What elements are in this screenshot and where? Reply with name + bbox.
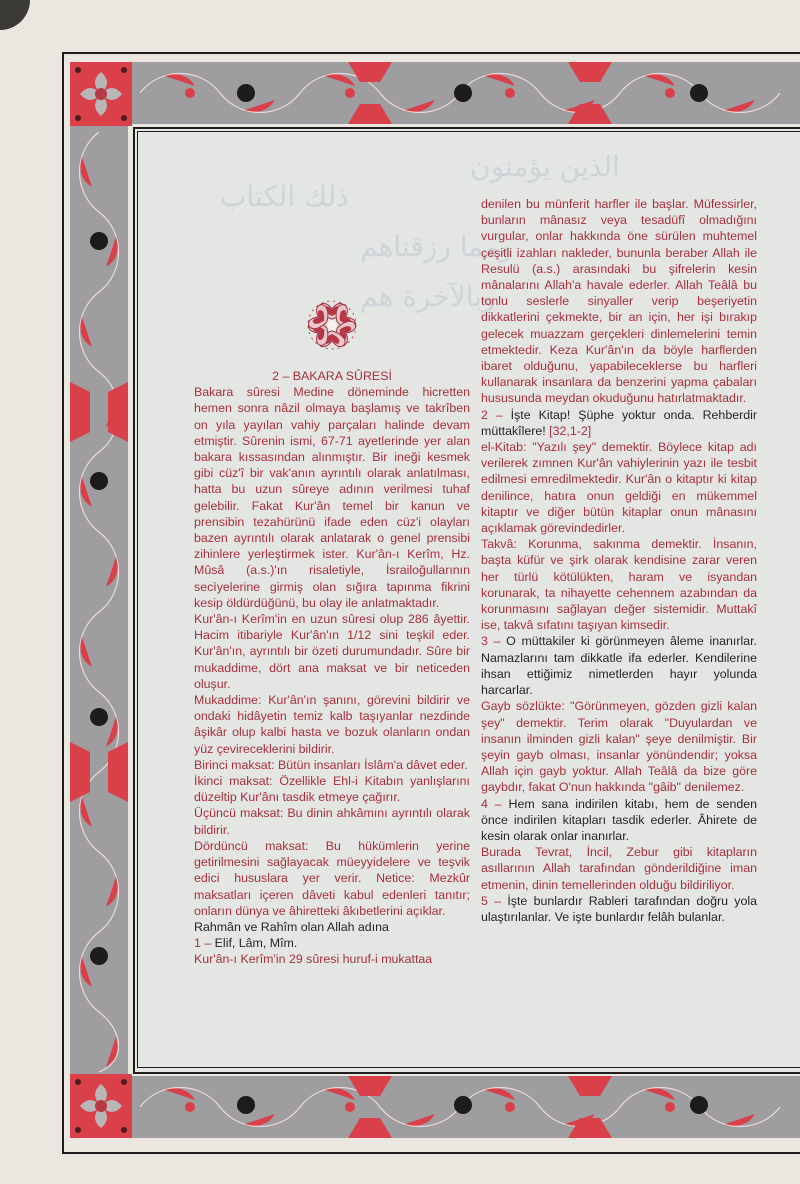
- commentary-paragraph: denilen bu münferit harfler ile başlar. …: [481, 196, 757, 407]
- commentary-paragraph: Birinci maksat: Bütün insanları İslâm'a …: [194, 757, 470, 773]
- rosette-dot-icon: [690, 1096, 708, 1114]
- commentary-paragraph: Gayb sözlükte: "Görünmeyen, gözden gizli…: [481, 698, 757, 795]
- rosette-dot-icon: [690, 84, 708, 102]
- commentary-paragraph: Kur'ân-ı Kerîm'in 29 sûresi huruf-i muka…: [194, 951, 470, 967]
- commentary-paragraph: Dördüncü maksat: Bu hükümlerin yerine ge…: [194, 838, 470, 919]
- verse-2: 2 – İşte Kitap! Şüphe yoktur onda. Rehbe…: [481, 407, 757, 439]
- show-through-script: ﻭﺑﺎﻵﺧﺮﺓ ﻫﻢ: [360, 280, 496, 313]
- page-corner-shadow: [0, 0, 30, 30]
- right-text-column: denilen bu münferit harfler ile başlar. …: [481, 196, 757, 925]
- verse-text: O müttakiler ki görünmeyen âleme inanırl…: [481, 634, 757, 697]
- rosette-dot-icon: [90, 708, 108, 726]
- commentary-paragraph: Mukaddime: Kur'ân'ın şanını, görevini bi…: [194, 692, 470, 757]
- rosette-dot-icon: [454, 1096, 472, 1114]
- border-corner-bottom-left: [70, 1074, 132, 1138]
- rosette-dot-icon: [237, 1096, 255, 1114]
- verse-text: İşte bunlardır Rableri tarafından doğru …: [481, 894, 757, 924]
- border-corner-top-left: [70, 62, 132, 126]
- verse-reference: [32,1-2]: [546, 424, 591, 438]
- verse-1: 1 – Elif, Lâm, Mîm.: [194, 935, 470, 951]
- verse-text: Rahmân ve Rahîm olan Allah adına: [194, 920, 389, 934]
- commentary-paragraph: Bakara sûresi Medine döneminde hicretten…: [194, 384, 470, 611]
- commentary-paragraph: Takvâ: Korunma, sakınma demektir. İnsanı…: [481, 536, 757, 633]
- verse-number: 3 –: [481, 634, 506, 648]
- verse-5: 5 – İşte bunlardır Rableri tarafından do…: [481, 893, 757, 925]
- commentary-paragraph: Kur'ân-ı Kerîm'in en uzun sûresi olup 28…: [194, 611, 470, 692]
- rosette-ornament-icon: [304, 297, 360, 353]
- rosette-dot-icon: [90, 947, 108, 965]
- verse-text: İşte Kitap! Şüphe yoktur onda. Rehberdir…: [481, 408, 757, 438]
- commentary-paragraph: el-Kitab: "Yazılı şey" demektir. Böylece…: [481, 439, 757, 536]
- verse-number: 5 –: [481, 894, 507, 908]
- verse-number: 4 –: [481, 797, 509, 811]
- arabesque-border-bottom: [70, 1076, 800, 1138]
- commentary-paragraph: Burada Tevrat, İncil, Zebur gibi kitapla…: [481, 844, 757, 893]
- basmala-verse: Rahmân ve Rahîm olan Allah adına: [194, 919, 470, 935]
- rosette-dot-icon: [454, 84, 472, 102]
- rosette-dot-icon: [90, 472, 108, 490]
- rosette-dot-icon: [90, 232, 108, 250]
- arabesque-border-left: [70, 62, 128, 1138]
- rosette-dot-icon: [237, 84, 255, 102]
- verse-text: Elif, Lâm, Mîm.: [215, 936, 298, 950]
- arabesque-border-top: [70, 62, 800, 124]
- show-through-script: ﺫﻟﻚ ﺍﻟﻜﺘﺎﺏ: [220, 180, 349, 213]
- left-text-column: 2 – BAKARA SÛRESİ Bakara sûresi Medine d…: [194, 368, 470, 968]
- verse-text: Hem sana indirilen kitabı, hem de senden…: [481, 797, 757, 843]
- commentary-paragraph: Üçüncü maksat: Bu dinin ahkâmını ayrıntı…: [194, 805, 470, 837]
- surah-title: 2 – BAKARA SÛRESİ: [194, 368, 470, 384]
- verse-number: 2 –: [481, 408, 511, 422]
- verse-4: 4 – Hem sana indirilen kitabı, hem de se…: [481, 796, 757, 845]
- verse-number: 1 –: [194, 936, 215, 950]
- show-through-script: ﺍﻟﺬﻳﻦ ﻳﺆﻣﻨﻮﻥ: [470, 150, 620, 183]
- commentary-paragraph: İkinci maksat: Özellikle Ehl-i Kitabın y…: [194, 773, 470, 805]
- verse-3: 3 – O müttakiler ki görünmeyen âleme ina…: [481, 633, 757, 698]
